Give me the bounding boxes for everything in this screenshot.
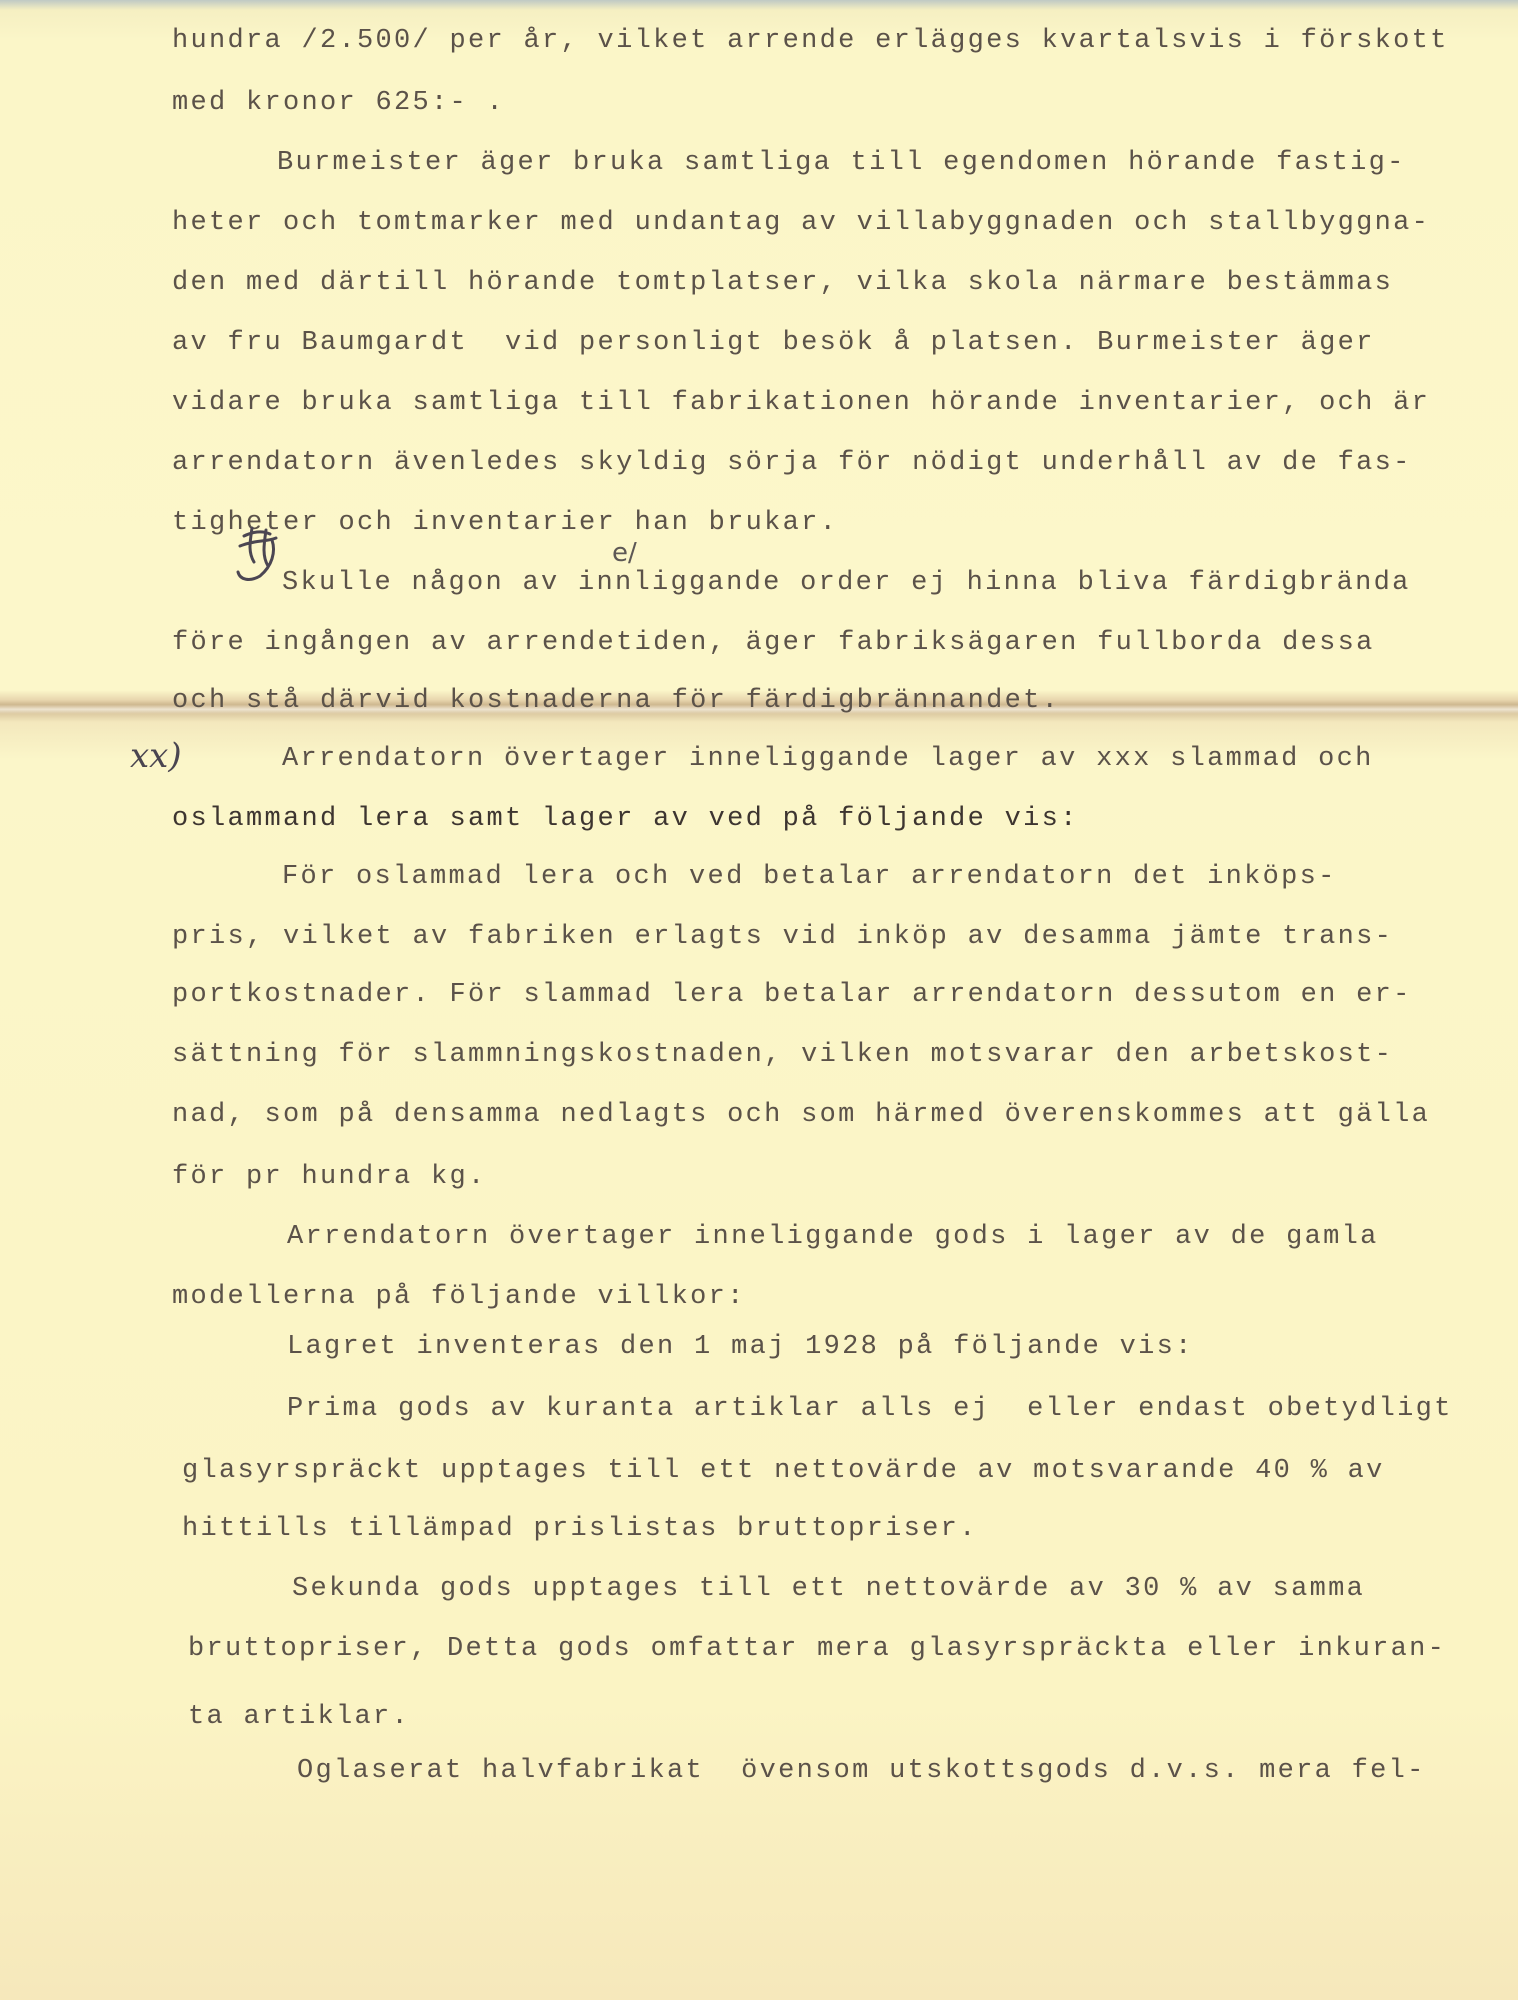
paragraph-start-line: För oslammad lera och ved betalar arrend… <box>282 862 1337 892</box>
text-line: glasyrspräckt upptages till ett nettovär… <box>182 1456 1385 1486</box>
margin-mark-xx: xx) <box>130 736 182 776</box>
text-line: pris, vilket av fabriken erlagts vid ink… <box>172 922 1393 952</box>
text-line: för pr hundra kg. <box>172 1162 487 1192</box>
paragraph-start-line: Sekunda gods upptages till ett nettovärd… <box>292 1574 1365 1604</box>
paragraph-start-line: Burmeister äger bruka samtliga till egen… <box>277 148 1406 178</box>
text-line: heter och tomtmarker med undantag av vil… <box>172 208 1430 238</box>
text-line: den med därtill hörande tomtplatser, vil… <box>172 268 1393 298</box>
text-line: hittills tillämpad prislistas bruttopris… <box>182 1514 978 1544</box>
typewritten-page: hundra /2.500/ per år, vilket arrende er… <box>0 0 1518 2000</box>
paragraph-start-line: Prima gods av kuranta artiklar alls ej e… <box>287 1394 1453 1424</box>
text-line: av fru Baumgardt vid personligt besök å … <box>172 328 1375 358</box>
text-line: och stå därvid kostnaderna för färdigbrä… <box>172 686 1060 716</box>
interlinear-correction-e: e/ <box>612 538 637 568</box>
text-line: portkostnader. För slammad lera betalar … <box>172 980 1412 1010</box>
paragraph-start-line: Arrendatorn övertager inneliggande lager… <box>282 744 1374 774</box>
text-line: ta artiklar. <box>188 1702 410 1732</box>
paragraph-start-line: Lagret inventeras den 1 maj 1928 på följ… <box>287 1332 1194 1362</box>
text-line: vidare bruka samtliga till fabrikationen… <box>172 388 1430 418</box>
text-line: nad, som på densamma nedlagts och som hä… <box>172 1100 1430 1130</box>
text-line: sättning för slammningskostnaden, vilken… <box>172 1040 1393 1070</box>
text-line: hundra /2.500/ per år, vilket arrende er… <box>172 26 1449 56</box>
paragraph-start-line: Oglaserat halvfabrikat övensom utskottsg… <box>297 1756 1426 1786</box>
text-line: före ingången av arrendetiden, äger fabr… <box>172 628 1375 658</box>
paragraph-start-line: Arrendatorn övertager inneliggande gods … <box>287 1222 1379 1252</box>
text-line: modellerna på följande villkor: <box>172 1282 746 1312</box>
text-line: med kronor 625:- . <box>172 88 505 118</box>
paragraph-start-line: Skulle någon av innliggande order ej hin… <box>282 568 1411 598</box>
text-line: bruttopriser, Detta gods omfattar mera g… <box>188 1634 1446 1664</box>
text-line: arrendatorn ävenledes skyldig sörja för … <box>172 448 1412 478</box>
text-line: oslammand lera samt lager av ved på följ… <box>172 804 1079 834</box>
